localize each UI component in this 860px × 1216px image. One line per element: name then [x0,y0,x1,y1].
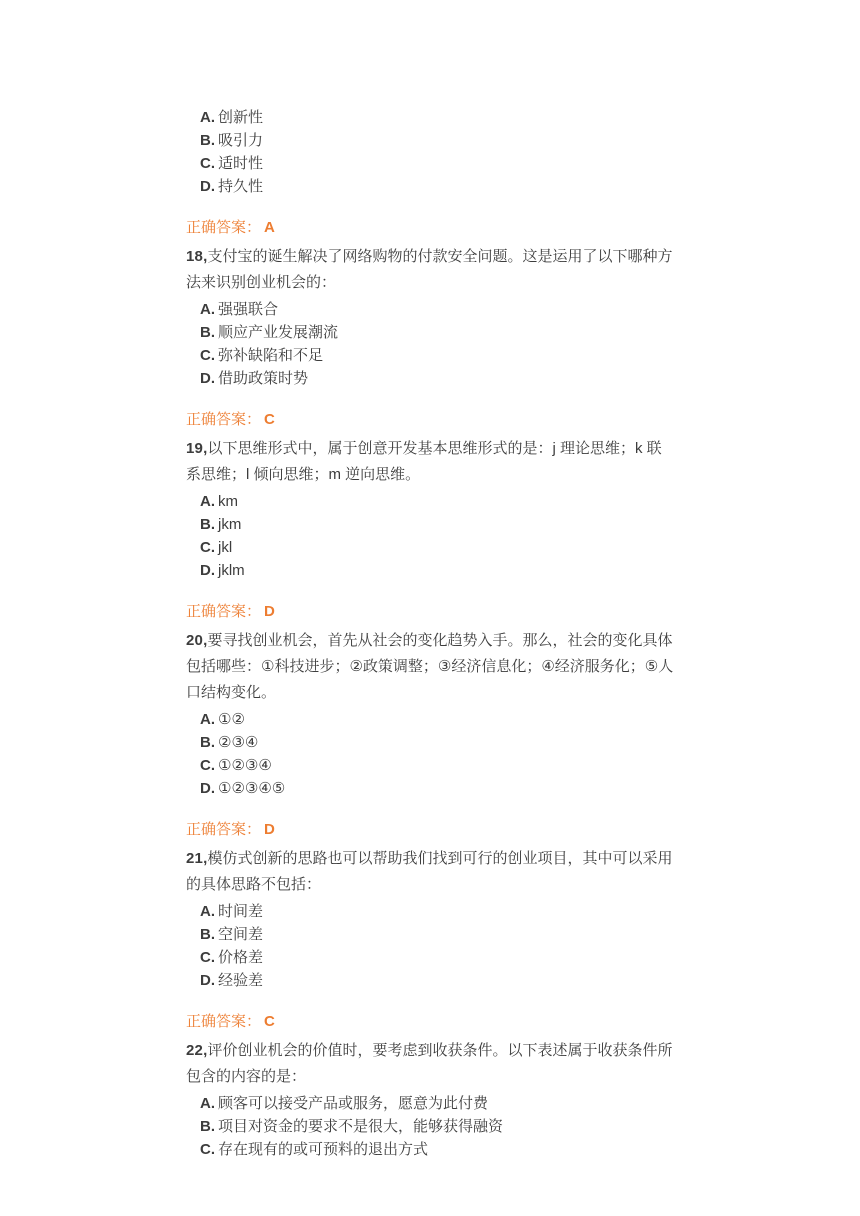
answer-label: 正确答案： [186,603,261,620]
answer-value: A [264,219,275,236]
option-row: C.jkl [200,536,674,559]
option-letter: B. [200,1115,218,1138]
option-letter: C. [200,754,218,777]
option-letter: A. [200,298,218,321]
option-letter: A. [200,490,218,513]
option-row: A.时间差 [200,900,674,923]
question-body: 模仿式创新的思路也可以帮助我们找到可行的创业项目，其中可以采用的具体思路不包括： [186,850,672,893]
answer-line: 正确答案：A [186,216,674,239]
options-list: A.时间差B.空间差C.价格差D.经验差 [186,900,674,992]
answer-line: 正确答案：C [186,408,674,431]
option-letter: D. [200,559,218,582]
answer-value: D [264,821,275,838]
option-row: C.①②③④ [200,754,674,777]
option-text: ①② [218,708,245,731]
option-row: D.经验差 [200,969,674,992]
option-letter: B. [200,923,218,946]
document-page: A.创新性B.吸引力C.适时性D.持久性正确答案：A18,支付宝的诞生解决了网络… [0,0,860,1216]
option-text: 适时性 [218,152,263,175]
option-letter: C. [200,536,218,559]
answer-value: C [264,1013,275,1030]
answer-value: D [264,603,275,620]
option-text: 存在现有的或可预料的退出方式 [218,1138,428,1161]
option-row: D.①②③④⑤ [200,777,674,800]
option-text: 持久性 [218,175,263,198]
question-body: 支付宝的诞生解决了网络购物的付款安全问题。这是运用了以下哪种方法来识别创业机会的… [186,248,672,291]
option-row: D.持久性 [200,175,674,198]
option-row: A.①② [200,708,674,731]
option-row: B.空间差 [200,923,674,946]
option-letter: B. [200,129,218,152]
option-row: B.jkm [200,513,674,536]
answer-line: 正确答案：C [186,1010,674,1033]
question-text: 21,模仿式创新的思路也可以帮助我们找到可行的创业项目，其中可以采用的具体思路不… [186,846,674,898]
answer-value: C [264,411,275,428]
option-text: 顺应产业发展潮流 [218,321,338,344]
answer-label: 正确答案： [186,1013,261,1030]
option-text: ①②③④⑤ [218,777,285,800]
option-letter: B. [200,731,218,754]
question-text: 19,以下思维形式中，属于创意开发基本思维形式的是：j 理论思维；k 联系思维；… [186,436,674,488]
option-letter: C. [200,344,218,367]
options-list: A.顾客可以接受产品或服务，愿意为此付费B.项目对资金的要求不是很大，能够获得融… [186,1092,674,1161]
option-text: jklm [218,559,245,582]
option-row: D.借助政策时势 [200,367,674,390]
option-letter: C. [200,946,218,969]
question-number: 18, [186,248,207,265]
options-list: A.强强联合B.顺应产业发展潮流C.弥补缺陷和不足D.借助政策时势 [186,298,674,390]
option-text: 价格差 [218,946,263,969]
option-letter: A. [200,900,218,923]
question-text: 18,支付宝的诞生解决了网络购物的付款安全问题。这是运用了以下哪种方法来识别创业… [186,244,674,296]
option-row: B.吸引力 [200,129,674,152]
option-text: 经验差 [218,969,263,992]
option-letter: D. [200,175,218,198]
question-body: 要寻找创业机会，首先从社会的变化趋势入手。那么，社会的变化具体包括哪些：①科技进… [186,632,673,701]
quiz-content: A.创新性B.吸引力C.适时性D.持久性正确答案：A18,支付宝的诞生解决了网络… [0,0,860,1161]
option-letter: A. [200,708,218,731]
option-row: C.弥补缺陷和不足 [200,344,674,367]
option-row: C.存在现有的或可预料的退出方式 [200,1138,674,1161]
question-body: 评价创业机会的价值时，要考虑到收获条件。以下表述属于收获条件所包含的内容的是： [186,1042,672,1085]
option-text: 强强联合 [218,298,278,321]
option-row: B.项目对资金的要求不是很大，能够获得融资 [200,1115,674,1138]
question-number: 20, [186,632,207,649]
option-text: km [218,490,238,513]
option-text: ②③④ [218,731,258,754]
option-text: jkm [218,513,241,536]
option-letter: B. [200,513,218,536]
option-text: 弥补缺陷和不足 [218,344,323,367]
option-row: B.顺应产业发展潮流 [200,321,674,344]
options-list: A.创新性B.吸引力C.适时性D.持久性 [186,106,674,198]
option-row: A.km [200,490,674,513]
options-list: A.①②B.②③④C.①②③④D.①②③④⑤ [186,708,674,800]
option-letter: D. [200,777,218,800]
question-body: 以下思维形式中，属于创意开发基本思维形式的是：j 理论思维；k 联系思维；l 倾… [186,440,662,483]
option-row: C.价格差 [200,946,674,969]
option-text: 吸引力 [218,129,263,152]
question-number: 21, [186,850,207,867]
option-row: A.创新性 [200,106,674,129]
option-text: jkl [218,536,232,559]
answer-line: 正确答案：D [186,600,674,623]
question-text: 20,要寻找创业机会，首先从社会的变化趋势入手。那么，社会的变化具体包括哪些：①… [186,628,674,706]
option-letter: C. [200,1138,218,1161]
option-letter: B. [200,321,218,344]
answer-label: 正确答案： [186,411,261,428]
option-letter: A. [200,106,218,129]
options-list: A.kmB.jkmC.jklD.jklm [186,490,674,582]
option-letter: D. [200,367,218,390]
option-text: 创新性 [218,106,263,129]
option-row: A.强强联合 [200,298,674,321]
option-row: B.②③④ [200,731,674,754]
question-number: 19, [186,440,207,457]
answer-label: 正确答案： [186,821,261,838]
option-letter: A. [200,1092,218,1115]
option-row: C.适时性 [200,152,674,175]
option-letter: D. [200,969,218,992]
question-number: 22, [186,1042,207,1059]
answer-line: 正确答案：D [186,818,674,841]
option-row: A.顾客可以接受产品或服务，愿意为此付费 [200,1092,674,1115]
option-text: 时间差 [218,900,263,923]
option-text: 顾客可以接受产品或服务，愿意为此付费 [218,1092,488,1115]
question-text: 22,评价创业机会的价值时，要考虑到收获条件。以下表述属于收获条件所包含的内容的… [186,1038,674,1090]
option-text: 项目对资金的要求不是很大，能够获得融资 [218,1115,503,1138]
option-text: 空间差 [218,923,263,946]
option-text: 借助政策时势 [218,367,308,390]
option-row: D.jklm [200,559,674,582]
option-letter: C. [200,152,218,175]
answer-label: 正确答案： [186,219,261,236]
option-text: ①②③④ [218,754,272,777]
